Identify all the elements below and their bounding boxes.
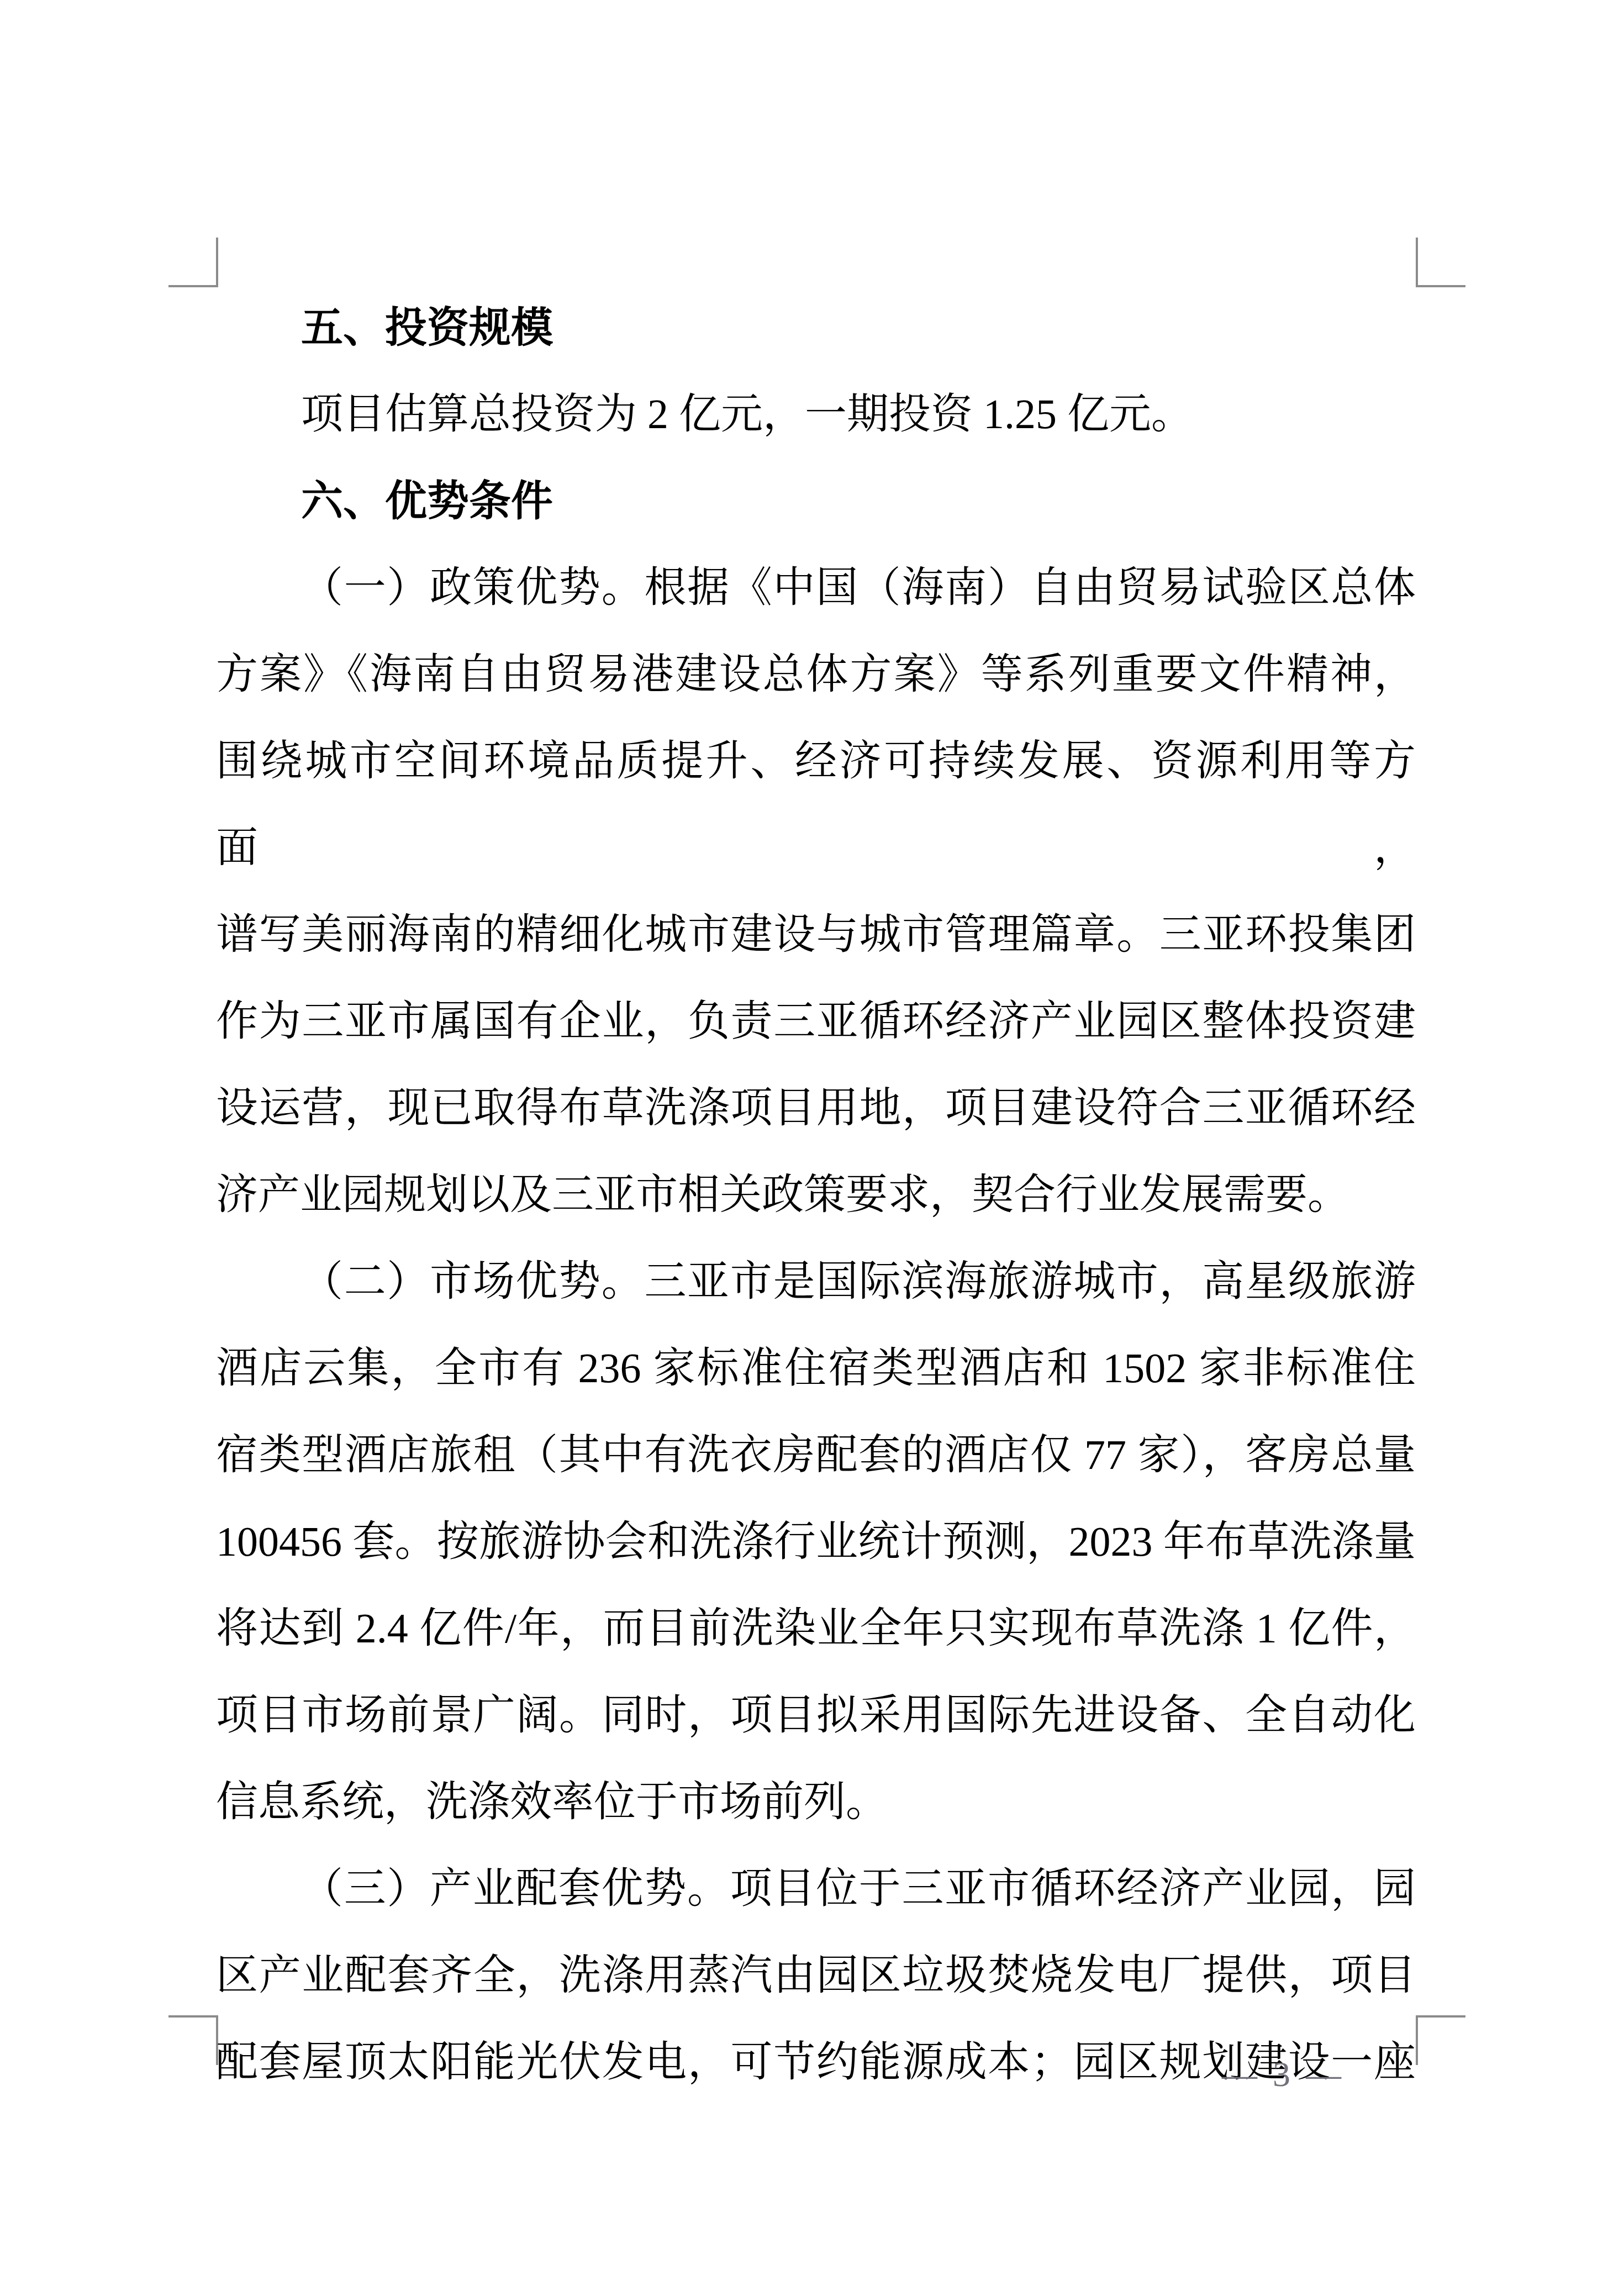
para-policy-advantage-line-2: 方案》《海南自由贸易港建设总体方案》等系列重要文件精神，: [216, 631, 1416, 718]
para-industry-support-line-2: 区产业配套齐全，洗涤用蒸汽由园区垃圾焚烧发电厂提供，项目: [216, 1932, 1416, 2019]
para-market-advantage-line-7: 信息系统，洗涤效率位于市场前列。: [216, 1759, 1416, 1846]
document-page: 五、投资规模项目估算总投资为 2 亿元，一期投资 1.25 亿元。六、优势条件（…: [0, 0, 1624, 2286]
para-market-advantage-line-1: （二）市场优势。三亚市是国际滨海旅游城市，高星级旅游: [216, 1239, 1416, 1325]
investment-scale-text: 项目估算总投资为 2 亿元，一期投资 1.25 亿元。: [216, 371, 1416, 458]
crop-mark-top-right: [1416, 238, 1465, 287]
heading-advantages: 六、优势条件: [216, 458, 1416, 545]
page-number: — 3 —: [1199, 2044, 1364, 2105]
para-policy-advantage-line-6: 设运营，现已取得布草洗涤项目用地，项目建设符合三亚循环经: [216, 1065, 1416, 1152]
para-market-advantage-line-4: 100456 套。按旅游协会和洗涤行业统计预测，2023 年布草洗涤量: [216, 1499, 1416, 1586]
para-market-advantage-line-2: 酒店云集，全市有 236 家标准住宿类型酒店和 1502 家非标准住: [216, 1325, 1416, 1412]
document-body: 五、投资规模项目估算总投资为 2 亿元，一期投资 1.25 亿元。六、优势条件（…: [216, 285, 1416, 2106]
para-market-advantage-line-6: 项目市场前景广阔。同时，项目拟采用国际先进设备、全自动化: [216, 1672, 1416, 1759]
heading-investment-scale: 五、投资规模: [216, 285, 1416, 371]
crop-mark-top-left: [168, 238, 218, 287]
para-policy-advantage-line-7: 济产业园规划以及三亚市相关政策要求，契合行业发展需要。: [216, 1152, 1416, 1239]
para-policy-advantage-line-1: （一）政策优势。根据《中国（海南）自由贸易试验区总体: [216, 545, 1416, 631]
para-industry-support-line-1: （三）产业配套优势。项目位于三亚市循环经济产业园，园: [216, 1846, 1416, 1932]
para-policy-advantage-line-5: 作为三亚市属国有企业，负责三亚循环经济产业园区整体投资建: [216, 978, 1416, 1065]
para-market-advantage-line-3: 宿类型酒店旅租（其中有洗衣房配套的酒店仅 77 家），客房总量: [216, 1412, 1416, 1499]
para-market-advantage-line-5: 将达到 2.4 亿件/年，而目前洗染业全年只实现布草洗涤 1 亿件，: [216, 1586, 1416, 1672]
para-policy-advantage-line-3: 围绕城市空间环境品质提升、经济可持续发展、资源利用等方面，: [216, 718, 1416, 892]
para-policy-advantage-line-4: 谱写美丽海南的精细化城市建设与城市管理篇章。三亚环投集团: [216, 892, 1416, 978]
crop-mark-bottom-right: [1416, 2015, 1465, 2065]
crop-mark-bottom-left: [168, 2015, 218, 2065]
